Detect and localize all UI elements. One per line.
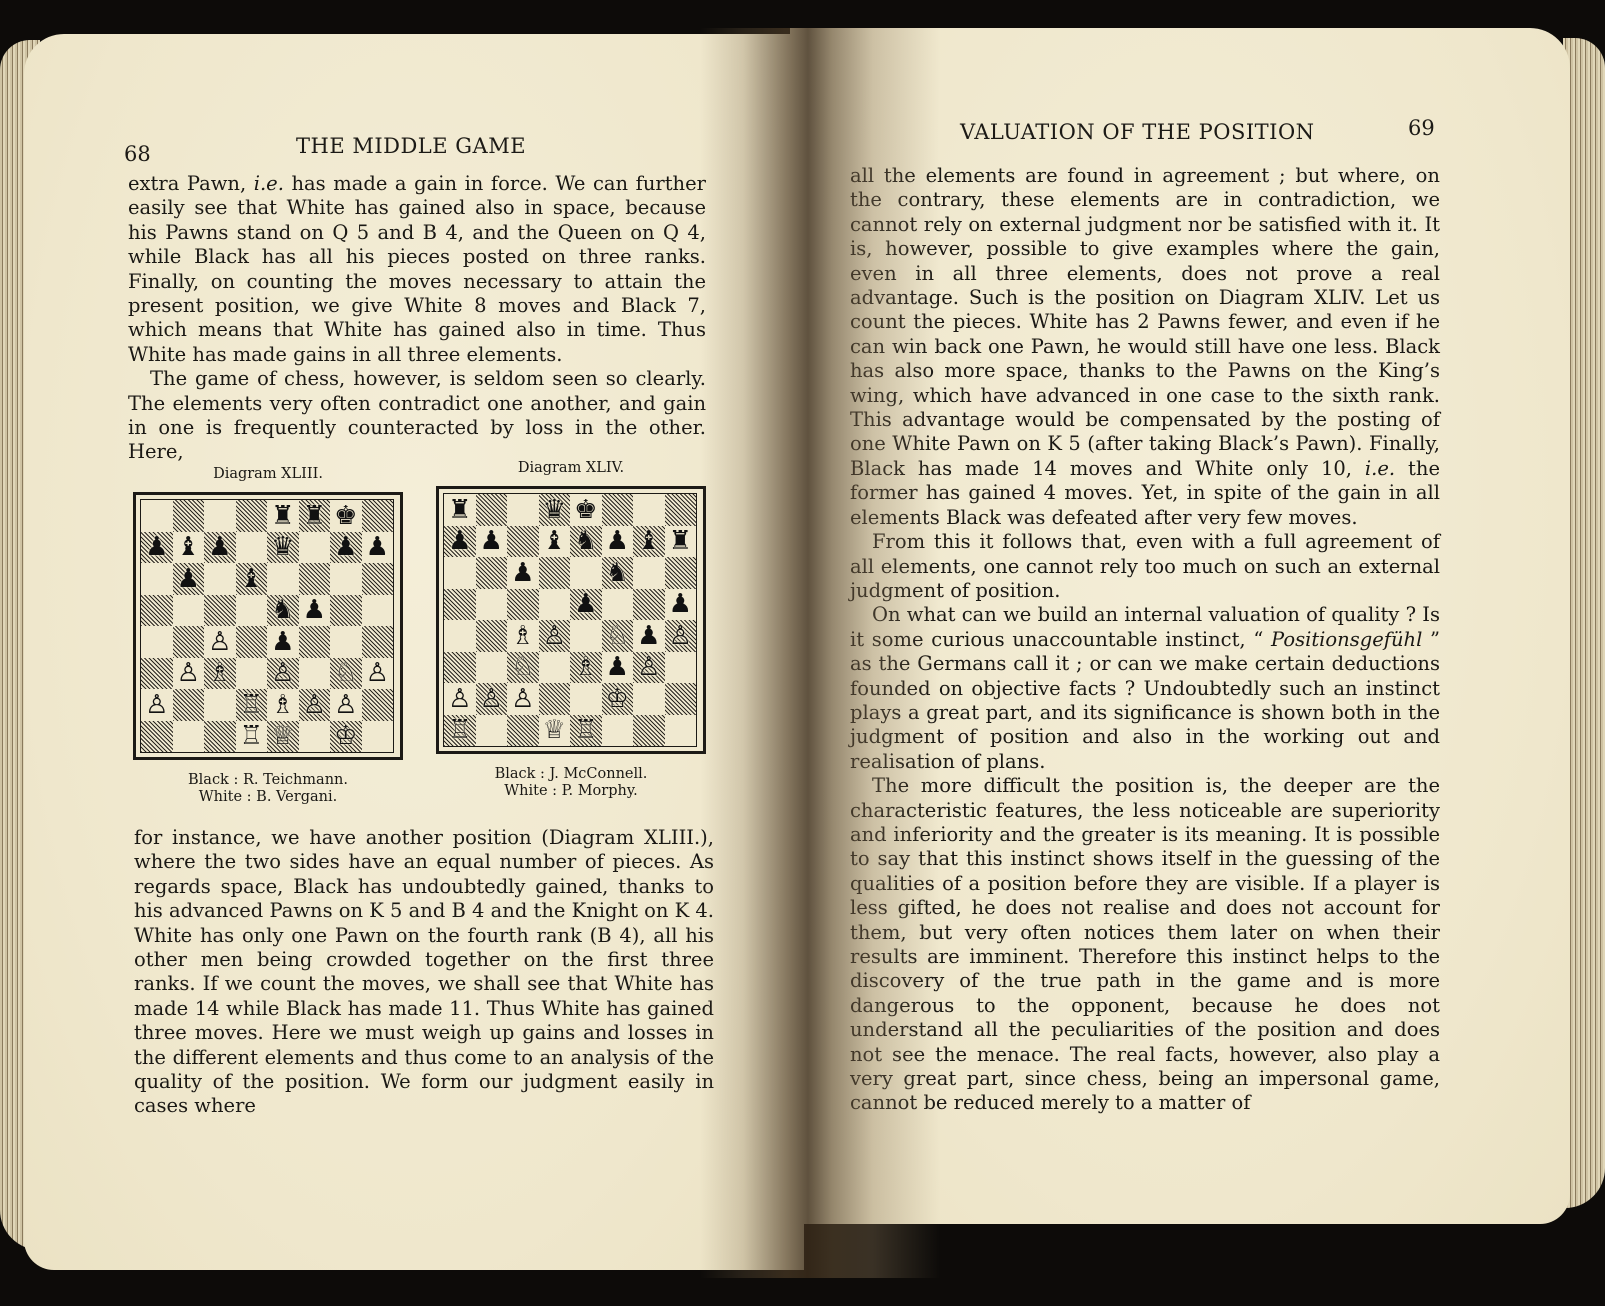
board-square: ♜ [267,500,299,532]
board-square: ♔ [330,721,362,753]
chess-board: ♜♛♚♟♟♝♞♟♝♜♟♞♟♟♗♙♘♟♙♘♗♟♙♙♙♙♔♖♕♖ [443,493,697,747]
black-pawn-icon: ♟ [480,528,503,554]
board-square: ♟ [141,532,173,564]
board-square: ♟ [444,526,476,558]
board-square [665,715,697,747]
diagram-xliii: Diagram XLIII. ♜♜♚♟♝♟♛♟♟♟♝♞♟♙♟♙♗♙♘♙♙♖♗♙♙… [133,466,403,806]
board-square [141,626,173,658]
white-bishop-icon: ♗ [574,654,597,680]
caption-white: White : P. Morphy. [436,783,706,800]
board-square: ♟ [665,589,697,621]
page-number: 68 [124,142,151,166]
board-square: ♝ [633,526,665,558]
board-square [507,526,539,558]
white-bishop-icon: ♗ [208,660,231,686]
board-square: ♟ [570,589,602,621]
white-pawn-icon: ♙ [637,654,660,680]
board-square: ♚ [330,500,362,532]
black-bishop-icon: ♝ [637,528,660,554]
board-square [267,563,299,595]
caption-white: White : B. Vergani. [133,789,403,806]
white-pawn-icon: ♙ [511,686,534,712]
board-square: ♖ [444,715,476,747]
board-square [141,563,173,595]
board-square: ♟ [476,526,508,558]
diagram-xliv: Diagram XLIV. ♜♛♚♟♟♝♞♟♝♜♟♞♟♟♗♙♘♟♙♘♗♟♙♙♙♙… [436,460,706,800]
board-square: ♟ [204,532,236,564]
board-square [299,721,331,753]
board-square [299,658,331,690]
board-square [476,652,508,684]
board-square [236,532,268,564]
black-bishop-icon: ♝ [240,566,263,592]
paragraph: The game of chess, however, is seldom se… [128,367,706,465]
black-knight-icon: ♞ [606,560,629,586]
black-pawn-icon: ♟ [334,534,357,560]
diagram-caption: Black : R. Teichmann. White : B. Vergani… [133,772,403,806]
board-square [362,721,394,753]
board-square: ♝ [539,526,571,558]
board-square [633,589,665,621]
board-square: ♟ [267,626,299,658]
board-square: ♟ [602,652,634,684]
black-pawn-icon: ♟ [606,654,629,680]
black-rook-icon: ♜ [271,503,294,529]
white-pawn-icon: ♙ [366,660,389,686]
black-pawn-icon: ♟ [208,534,231,560]
body-text-top: extra Pawn, i.e. has made a gain in forc… [128,172,706,465]
board-square [173,626,205,658]
black-knight-icon: ♞ [574,528,597,554]
board-square [633,494,665,526]
board-square: ♟ [173,563,205,595]
board-square: ♞ [267,595,299,627]
board-square [362,563,394,595]
black-pawn-icon: ♟ [669,591,692,617]
board-square [173,689,205,721]
paragraph: On what can we build an internal valuati… [850,603,1440,774]
board-square [204,563,236,595]
board-square [665,494,697,526]
board-square [173,595,205,627]
board-square [602,494,634,526]
board-square [204,689,236,721]
black-rook-icon: ♜ [669,528,692,554]
board-square: ♕ [539,715,571,747]
black-queen-icon: ♛ [543,497,566,523]
diagram-title: Diagram XLIII. [133,466,403,482]
board-square: ♟ [602,526,634,558]
board-square: ♜ [665,526,697,558]
board-square [299,563,331,595]
white-pawn-icon: ♙ [448,686,471,712]
board-square: ♚ [570,494,602,526]
board-square [141,721,173,753]
board-square: ♘ [507,652,539,684]
board-square [602,715,634,747]
left-page: 68 THE MIDDLE GAME extra Pawn, i.e. has … [24,34,804,1270]
board-square [236,658,268,690]
board-square [141,500,173,532]
board-square: ♙ [267,658,299,690]
black-bishop-icon: ♝ [177,534,200,560]
white-pawn-icon: ♙ [177,660,200,686]
board-square: ♞ [602,557,634,589]
board-square: ♖ [570,715,602,747]
board-square: ♛ [539,494,571,526]
board-square: ♜ [444,494,476,526]
board-square [570,557,602,589]
board-square: ♙ [476,683,508,715]
board-square: ♕ [267,721,299,753]
black-king-icon: ♚ [334,503,357,529]
black-pawn-icon: ♟ [366,534,389,560]
board-square: ♘ [330,658,362,690]
board-square [539,652,571,684]
black-pawn-icon: ♟ [637,623,660,649]
board-square [236,500,268,532]
board-square: ♟ [299,595,331,627]
black-pawn-icon: ♟ [177,566,200,592]
board-square [476,620,508,652]
paragraph: extra Pawn, i.e. has made a gain in forc… [128,172,706,367]
board-square: ♙ [141,689,173,721]
board-square: ♖ [236,689,268,721]
board-square [362,626,394,658]
board-square [507,589,539,621]
white-knight-icon: ♘ [606,623,629,649]
board-square: ♙ [507,683,539,715]
board-square: ♗ [204,658,236,690]
white-bishop-icon: ♗ [511,623,534,649]
white-rook-icon: ♖ [240,723,263,749]
board-square: ♙ [299,689,331,721]
chess-board: ♜♜♚♟♝♟♛♟♟♟♝♞♟♙♟♙♗♙♘♙♙♖♗♙♙♖♕♔ [140,499,394,753]
diagram-caption: Black : J. McConnell. White : P. Morphy. [436,766,706,800]
board-square: ♗ [570,652,602,684]
board-square [299,532,331,564]
board-square [299,626,331,658]
white-pawn-icon: ♙ [669,623,692,649]
board-square [362,595,394,627]
black-pawn-icon: ♟ [574,591,597,617]
board-square [665,683,697,715]
board-square [444,589,476,621]
caption-black: Black : R. Teichmann. [133,772,403,789]
white-rook-icon: ♖ [240,692,263,718]
board-square: ♛ [267,532,299,564]
black-king-icon: ♚ [574,497,597,523]
board-square: ♙ [362,658,394,690]
board-square [476,589,508,621]
diagram-title: Diagram XLIV. [436,460,706,476]
board-square [539,589,571,621]
white-pawn-icon: ♙ [334,692,357,718]
board-square: ♝ [173,532,205,564]
black-bishop-icon: ♝ [543,528,566,554]
board-square [570,620,602,652]
board-square [204,595,236,627]
white-rook-icon: ♖ [574,717,597,743]
board-square: ♔ [602,683,634,715]
board-square [362,500,394,532]
running-head: THE MIDDLE GAME [296,134,526,158]
white-pawn-icon: ♙ [543,623,566,649]
board-square [633,683,665,715]
black-pawn-icon: ♟ [606,528,629,554]
board-square: ♙ [204,626,236,658]
board-square [665,652,697,684]
page-number: 69 [1408,116,1435,140]
board-square [173,500,205,532]
open-book: 68 THE MIDDLE GAME extra Pawn, i.e. has … [0,28,1605,1306]
board-square: ♞ [570,526,602,558]
board-square: ♟ [362,532,394,564]
chess-board-frame: ♜♜♚♟♝♟♛♟♟♟♝♞♟♙♟♙♗♙♘♙♙♖♗♙♙♖♕♔ [133,492,403,760]
paragraph: The more difficult the position is, the … [850,774,1440,1116]
board-square: ♟ [330,532,362,564]
black-pawn-icon: ♟ [145,534,168,560]
black-queen-icon: ♛ [271,534,294,560]
board-square [444,620,476,652]
white-pawn-icon: ♙ [208,629,231,655]
board-square: ♙ [539,620,571,652]
white-knight-icon: ♘ [511,654,534,680]
board-square: ♟ [633,620,665,652]
white-pawn-icon: ♙ [145,692,168,718]
board-square [362,689,394,721]
black-rook-icon: ♜ [303,503,326,529]
paragraph: all the elements are found in agreement … [850,164,1440,530]
board-square [330,563,362,595]
board-square: ♘ [602,620,634,652]
board-square [476,557,508,589]
white-knight-icon: ♘ [334,660,357,686]
white-pawn-icon: ♙ [303,692,326,718]
board-square [141,658,173,690]
board-square [444,652,476,684]
board-square [476,715,508,747]
white-queen-icon: ♕ [543,717,566,743]
board-square [204,500,236,532]
board-square [507,494,539,526]
board-square [236,595,268,627]
board-square: ♟ [507,557,539,589]
black-knight-icon: ♞ [271,597,294,623]
right-page: VALUATION OF THE POSITION 69 all the ele… [790,28,1570,1224]
caption-black: Black : J. McConnell. [436,766,706,783]
board-square [444,557,476,589]
running-head: VALUATION OF THE POSITION [960,120,1315,144]
black-pawn-icon: ♟ [448,528,471,554]
white-king-icon: ♔ [334,723,357,749]
board-square [507,715,539,747]
board-square [633,557,665,589]
board-square [476,494,508,526]
board-square: ♙ [173,658,205,690]
board-square [633,715,665,747]
board-square [602,589,634,621]
board-square [173,721,205,753]
board-square: ♗ [267,689,299,721]
board-square [204,721,236,753]
board-square: ♜ [299,500,331,532]
chess-board-frame: ♜♛♚♟♟♝♞♟♝♜♟♞♟♟♗♙♘♟♙♘♗♟♙♙♙♙♔♖♕♖ [436,486,706,754]
paragraph: for instance, we have another position (… [134,826,714,1119]
board-square [236,626,268,658]
black-pawn-icon: ♟ [271,629,294,655]
white-king-icon: ♔ [606,686,629,712]
board-square [539,557,571,589]
black-pawn-icon: ♟ [511,560,534,586]
board-square: ♗ [507,620,539,652]
board-square [570,683,602,715]
paragraph: From this it follows that, even with a f… [850,530,1440,603]
board-square: ♙ [633,652,665,684]
board-square: ♝ [236,563,268,595]
black-pawn-icon: ♟ [303,597,326,623]
black-rook-icon: ♜ [448,497,471,523]
white-queen-icon: ♕ [271,723,294,749]
board-square [330,626,362,658]
board-square: ♙ [665,620,697,652]
white-pawn-icon: ♙ [271,660,294,686]
board-square: ♖ [236,721,268,753]
board-square [330,595,362,627]
board-square [665,557,697,589]
board-square: ♙ [330,689,362,721]
white-pawn-icon: ♙ [480,686,503,712]
body-text: all the elements are found in agreement … [850,164,1440,1116]
board-square [141,595,173,627]
white-bishop-icon: ♗ [271,692,294,718]
white-rook-icon: ♖ [448,717,471,743]
body-text-bottom: for instance, we have another position (… [134,826,714,1119]
board-square: ♙ [444,683,476,715]
board-square [539,683,571,715]
